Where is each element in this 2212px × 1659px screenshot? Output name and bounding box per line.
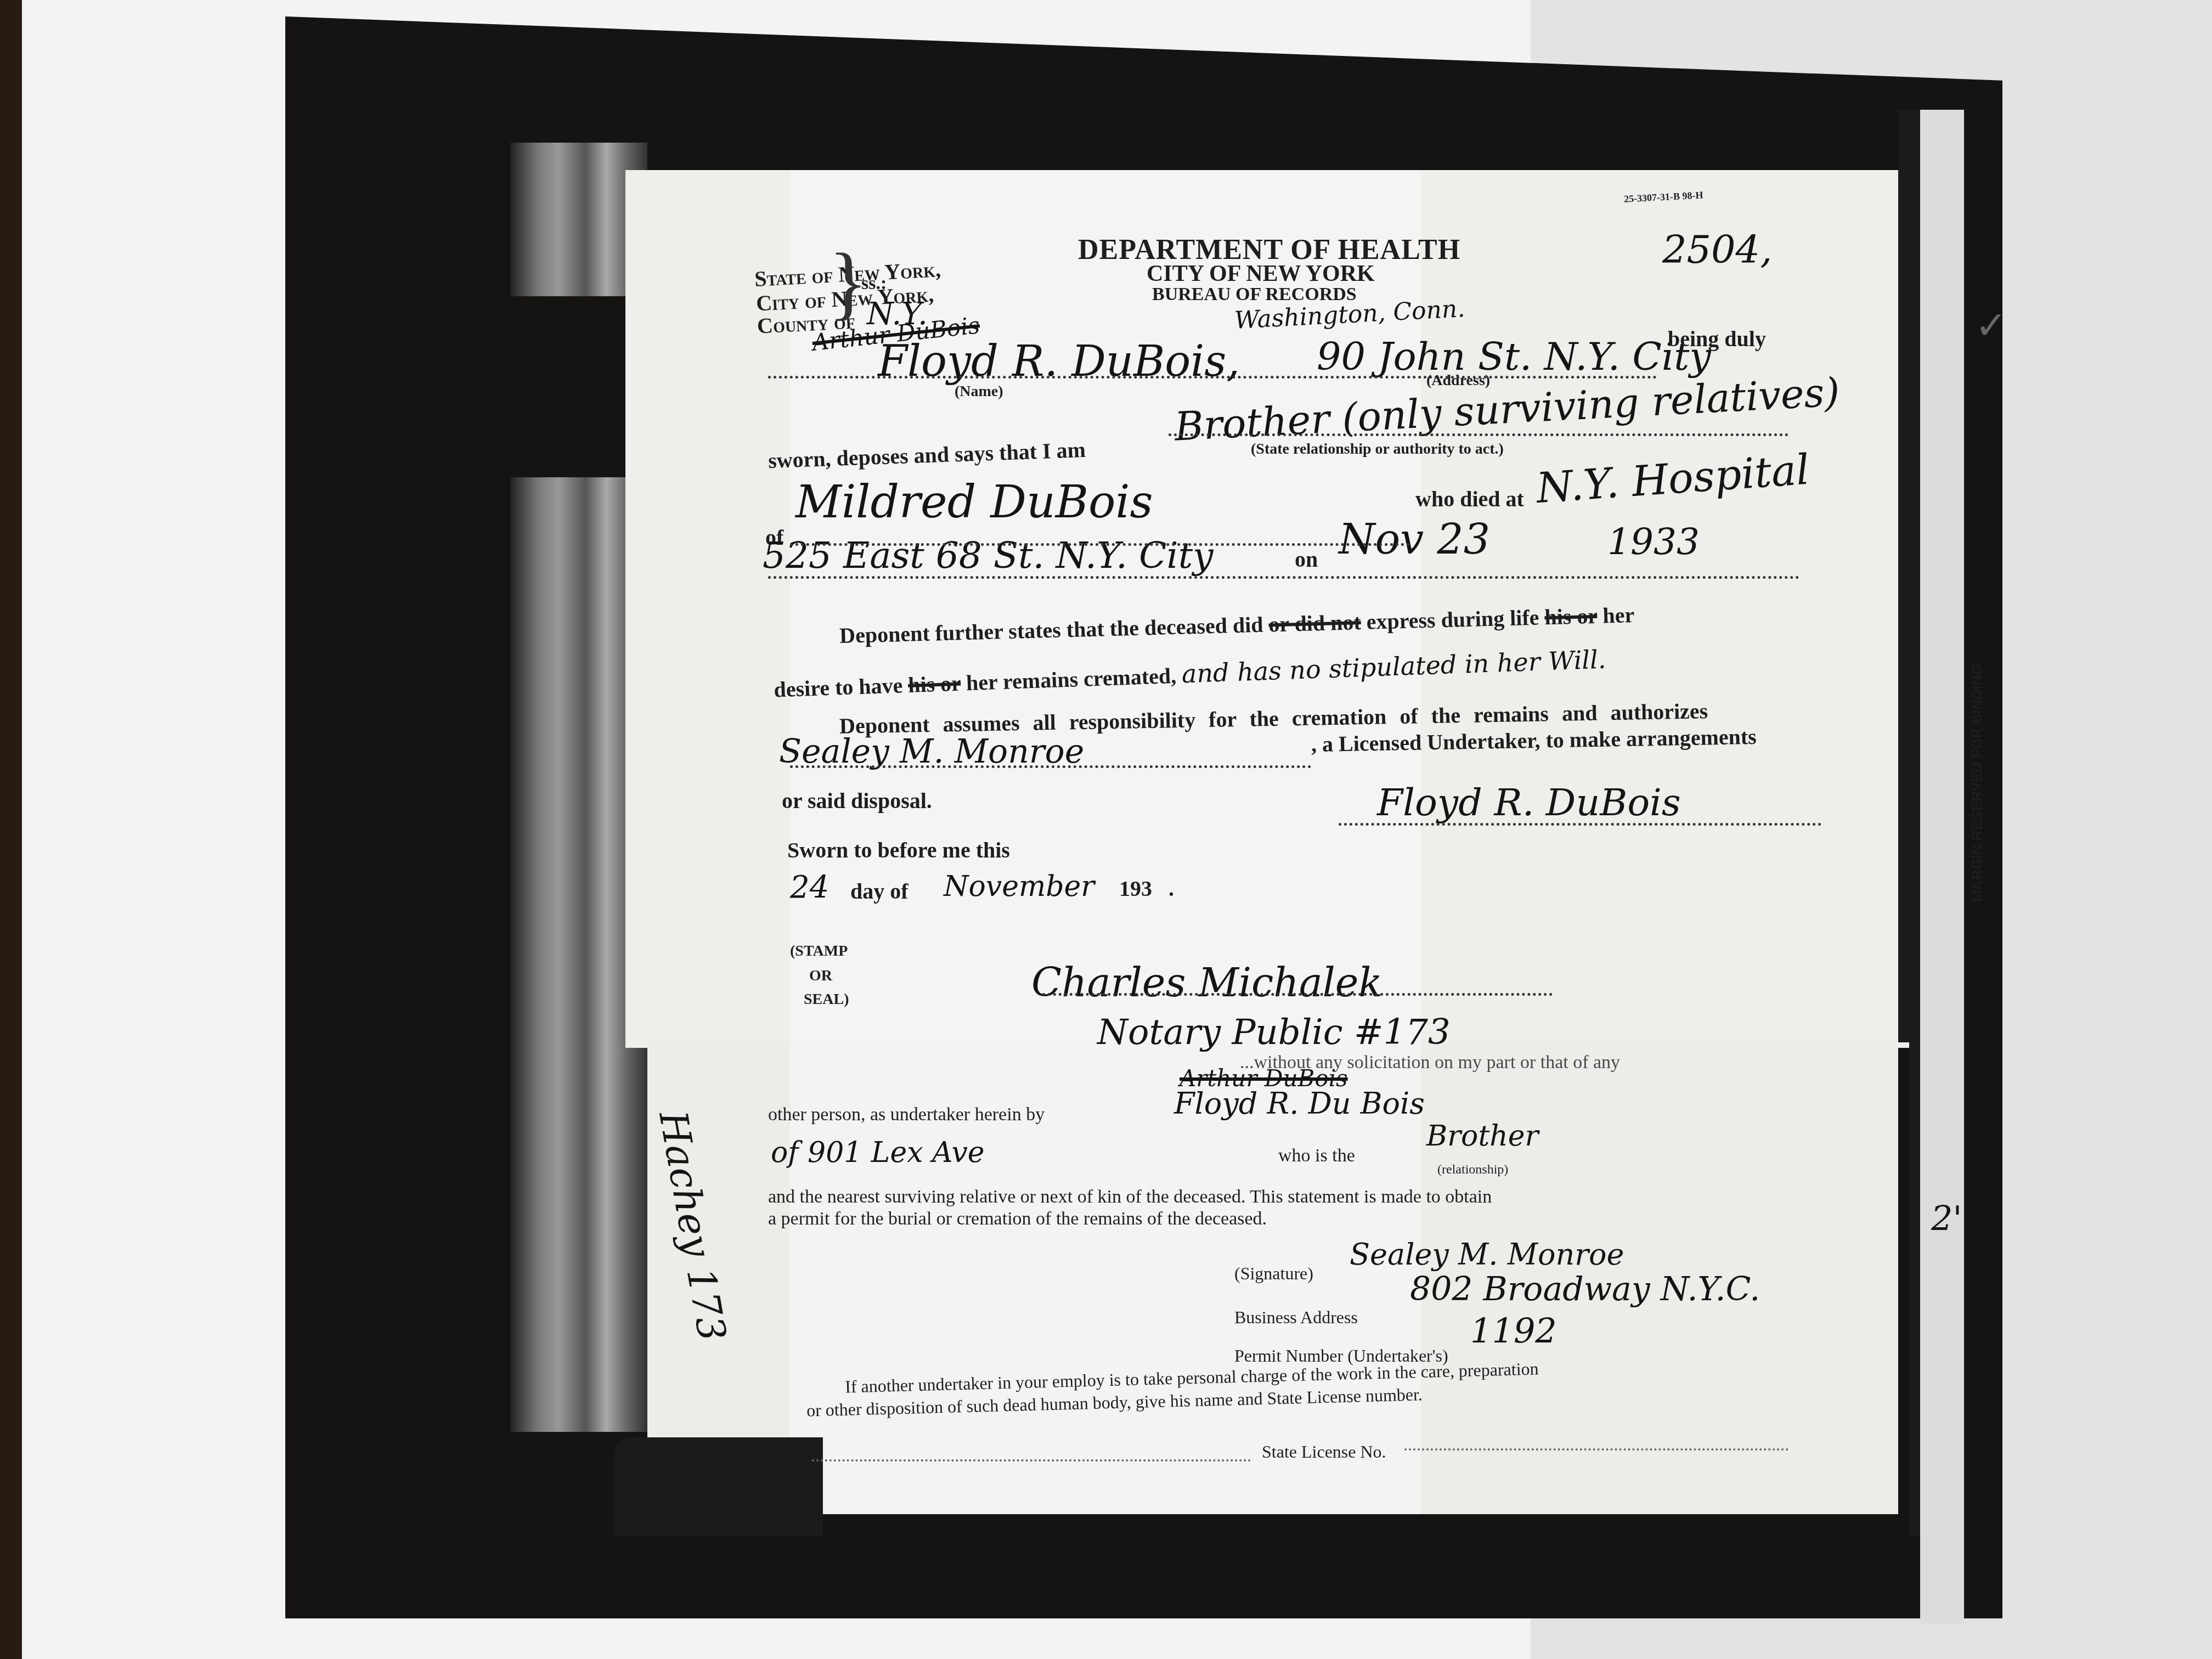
statement-1-struck: or did not [1268,610,1361,636]
statement-5: or said disposal. [782,790,932,812]
undertaker-by-name: Floyd R. Du Bois [1174,1089,1425,1119]
record-number: 2504, [1662,230,1772,269]
stamp-label-3: SEAL) [804,992,849,1007]
sworn-period: . [1169,878,1174,900]
deponent-signature: Floyd R. DuBois [1377,785,1681,822]
nearest-relative-text: and the nearest surviving relative or ne… [768,1188,1492,1206]
statement-1-struck2: his or [1544,603,1598,629]
state-license-label: State License No. [1262,1443,1386,1460]
notary-signature: Charles Michalek [1031,963,1383,1002]
deceased-name-line [790,543,1410,546]
business-address-value: 802 Broadway N.Y.C. [1410,1273,1760,1306]
relationship-caption: (State relationship or authority to act.… [1251,442,1504,457]
name-caption: (Name) [955,384,1003,399]
undertaker-signature: Sealey M. Monroe [1350,1240,1624,1269]
relationship-caption-lower: (relationship) [1437,1163,1508,1176]
margin-note-right: 2' [1931,1201,1962,1235]
statement-1-mid: express during life [1366,605,1539,634]
check-mark-icon: ✓ [1975,307,2007,346]
business-address-label: Business Address [1234,1308,1358,1326]
on-label: on [1295,549,1318,571]
statement-1-end: her [1602,602,1635,628]
department-title: DEPARTMENT OF HEALTH [1078,236,1460,264]
applicant-address: of 901 Lex Ave [771,1138,985,1167]
ledger-tab [510,296,636,477]
ledger-bottom-tab [614,1437,823,1536]
day-of-label: day of [850,881,909,902]
deponent-signature-line [1339,823,1821,826]
statement-2-start: desire to have [774,673,903,702]
stamp-label-1: (STAMP [790,944,848,959]
notary-title: Notary Public #173 [1097,1015,1451,1050]
undertaker-name: Sealey M. Monroe [779,735,1084,768]
other-person-label: other person, as undertaker herein by [768,1105,1045,1124]
license-number-line [1404,1448,1788,1451]
binding-margin-label: MARGIN RESERVED FOR BINDING [1970,664,1984,902]
permit-number-value: 1192 [1470,1314,1557,1348]
notary-signature-line [1042,993,1553,996]
sworn-month: November [944,872,1094,901]
death-date: Nov 23 [1339,518,1490,560]
deponent-address: 90 John St. N.Y. City [1317,337,1711,376]
death-year: 1933 [1607,524,1700,560]
permit-purpose-text: a permit for the burial or cremation of … [768,1210,1267,1228]
sworn-label: Sworn to before me this [787,839,1010,861]
deceased-name: Mildred DuBois [795,480,1153,525]
bureau-title: BUREAU OF RECORDS [1152,285,1357,304]
license-name-line [812,1459,1251,1462]
applicant-relationship: Brother [1426,1122,1538,1150]
name-address-line [768,376,1657,379]
death-address-line [768,576,1799,579]
signature-label: (Signature) [1234,1265,1313,1282]
ss-label: ss.: [861,274,887,293]
sworn-day: 24 [790,872,829,903]
undertaker-line [790,765,1311,768]
stamp-label-2: OR [809,968,832,984]
statement-2-struck: his or [907,671,961,697]
adjacent-page-strip [1920,110,1964,1624]
sworn-year: 193 [1119,878,1152,900]
being-duly: being duly [1668,328,1766,350]
adjacent-page-border [1898,110,1920,1042]
died-at-label: who died at [1415,488,1524,510]
who-is-the-label: who is the [1278,1147,1355,1165]
city-title: CITY OF NEW YORK [1147,262,1375,285]
relationship-line [1169,433,1788,436]
